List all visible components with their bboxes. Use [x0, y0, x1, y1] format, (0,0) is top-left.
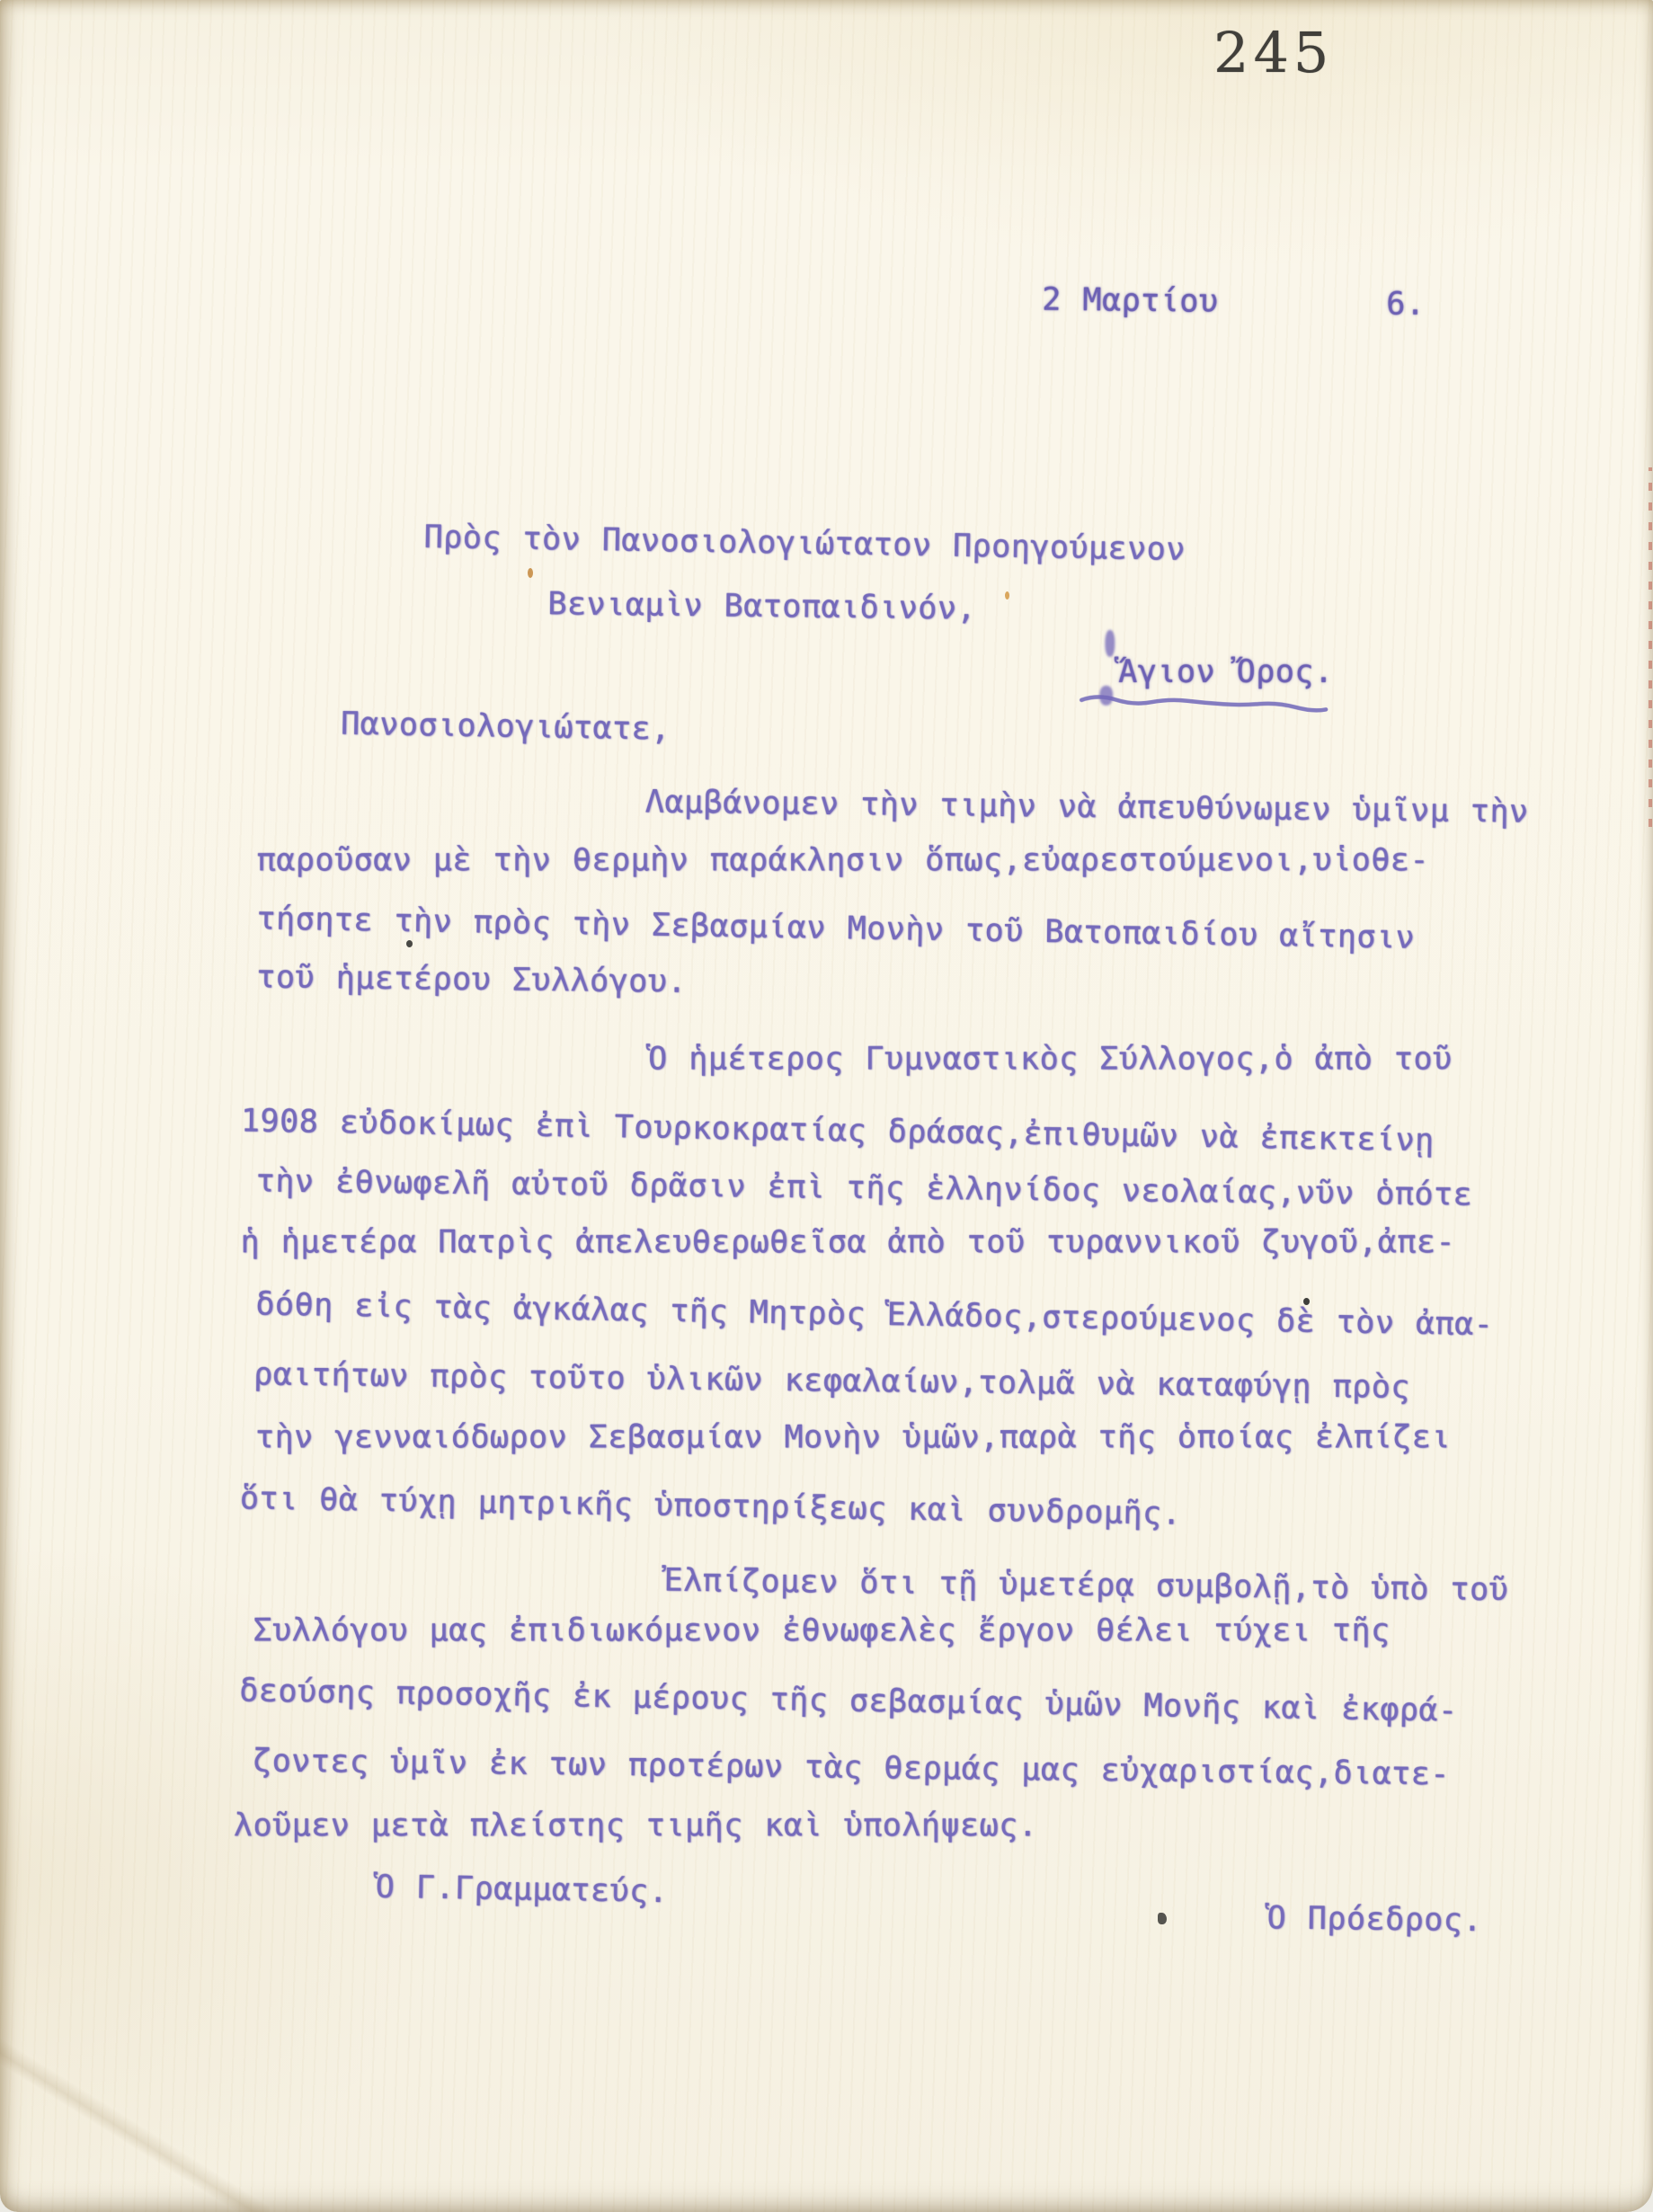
body-line: ραιτήτων πρὸς τοῦτο ὑλικῶν κεφαλαίων,τολ… — [253, 1355, 1410, 1408]
place-line: Ἅγιον Ὄρος. — [1118, 653, 1333, 693]
recipient-line-1: Πρὸς τὸν Πανοσιολογιώτατον Προηγούμενον — [423, 519, 1186, 571]
date-year: 6. — [1386, 286, 1425, 325]
signature-president: Ὁ Πρόεδρος. — [1266, 1899, 1482, 1941]
body-line: Λαμβάνομεν τὴν τιμὴν νὰ ἀπευθύνωμεν ὑμῖν… — [645, 783, 1529, 832]
body-line: Συλλόγου μας ἐπιδιωκόμενον ἐθνωφελὲς ἔργ… — [253, 1612, 1390, 1651]
body-line: ἡ ἡμετέρα Πατρὶς ἀπελευθερωθεῖσα ἀπὸ τοῦ… — [241, 1223, 1455, 1263]
body-line: Ἐλπίζομεν ὅτι τῇ ὑμετέρᾳ συμβολῇ,τὸ ὑπὸ … — [663, 1562, 1508, 1611]
body-line: δεούσης προσοχῆς ἐκ μέρους τῆς σεβασμίας… — [239, 1672, 1458, 1731]
page-edge-stitching — [1649, 467, 1652, 827]
body-line: ὅτι θὰ τύχῃ μητρικῆς ὑποστηρίξεως καὶ συ… — [239, 1479, 1181, 1534]
body-line: τήσητε τὴν πρὸς τὴν Σεβασμίαν Μονὴν τοῦ … — [256, 900, 1415, 958]
ink-speck — [1158, 1913, 1167, 1924]
letter-content: 2 Μαρτίου 6. Πρὸς τὸν Πανοσιολογιώτατον … — [0, 0, 1653, 2212]
signature-secretary: Ὁ Γ.Γραμματεύς. — [375, 1869, 668, 1913]
salutation: Πανοσιολογιώτατε, — [341, 706, 671, 751]
body-line: ζοντες ὑμῖν ἐκ των προτέρων τὰς θερμάς μ… — [253, 1742, 1450, 1795]
body-line: Ὁ ἡμέτερος Γυμναστικὸς Σύλλογος,ὁ ἀπὸ το… — [648, 1040, 1452, 1079]
paper-speck — [1005, 591, 1009, 600]
place-underline-stroke — [1078, 691, 1329, 717]
scanned-letter-page: 245 2 Μαρτίου 6. Πρὸς τὸν Πανοσιολογιώτα… — [0, 0, 1653, 2212]
date-day-month: 2 Μαρτίου — [1042, 281, 1219, 323]
body-line: δόθη εἰς τὰς ἀγκάλας τῆς Μητρὸς Ἑλλάδος,… — [255, 1285, 1494, 1346]
ink-speck — [406, 940, 413, 947]
body-line: τοῦ ἡμετέρου Συλλόγου. — [256, 958, 687, 1002]
body-line: τὴν γενναιόδωρον Σεβασμίαν Μονὴν ὑμῶν,πα… — [255, 1418, 1451, 1458]
ink-speck — [1303, 1298, 1310, 1305]
body-line: λοῦμεν μετὰ πλείστης τιμῆς καὶ ὑπολήψεως… — [234, 1807, 1037, 1846]
recipient-line-2: Βενιαμὶν Βατοπαιδινόν, — [547, 585, 976, 629]
ink-smudge — [1105, 630, 1115, 657]
ink-smudge — [1099, 686, 1113, 706]
body-line: τὴν ἐθνωφελῆ αὐτοῦ δρᾶσιν ἐπὶ τῆς ἑλληνί… — [256, 1162, 1473, 1215]
paper-speck — [528, 568, 533, 578]
body-line: παροῦσαν μὲ τὴν θερμὴν παράκλησιν ὅπως,ε… — [257, 841, 1429, 881]
body-line: 1908 εὐδοκίμως ἐπὶ Τουρκοκρατίας δράσας,… — [241, 1102, 1435, 1161]
